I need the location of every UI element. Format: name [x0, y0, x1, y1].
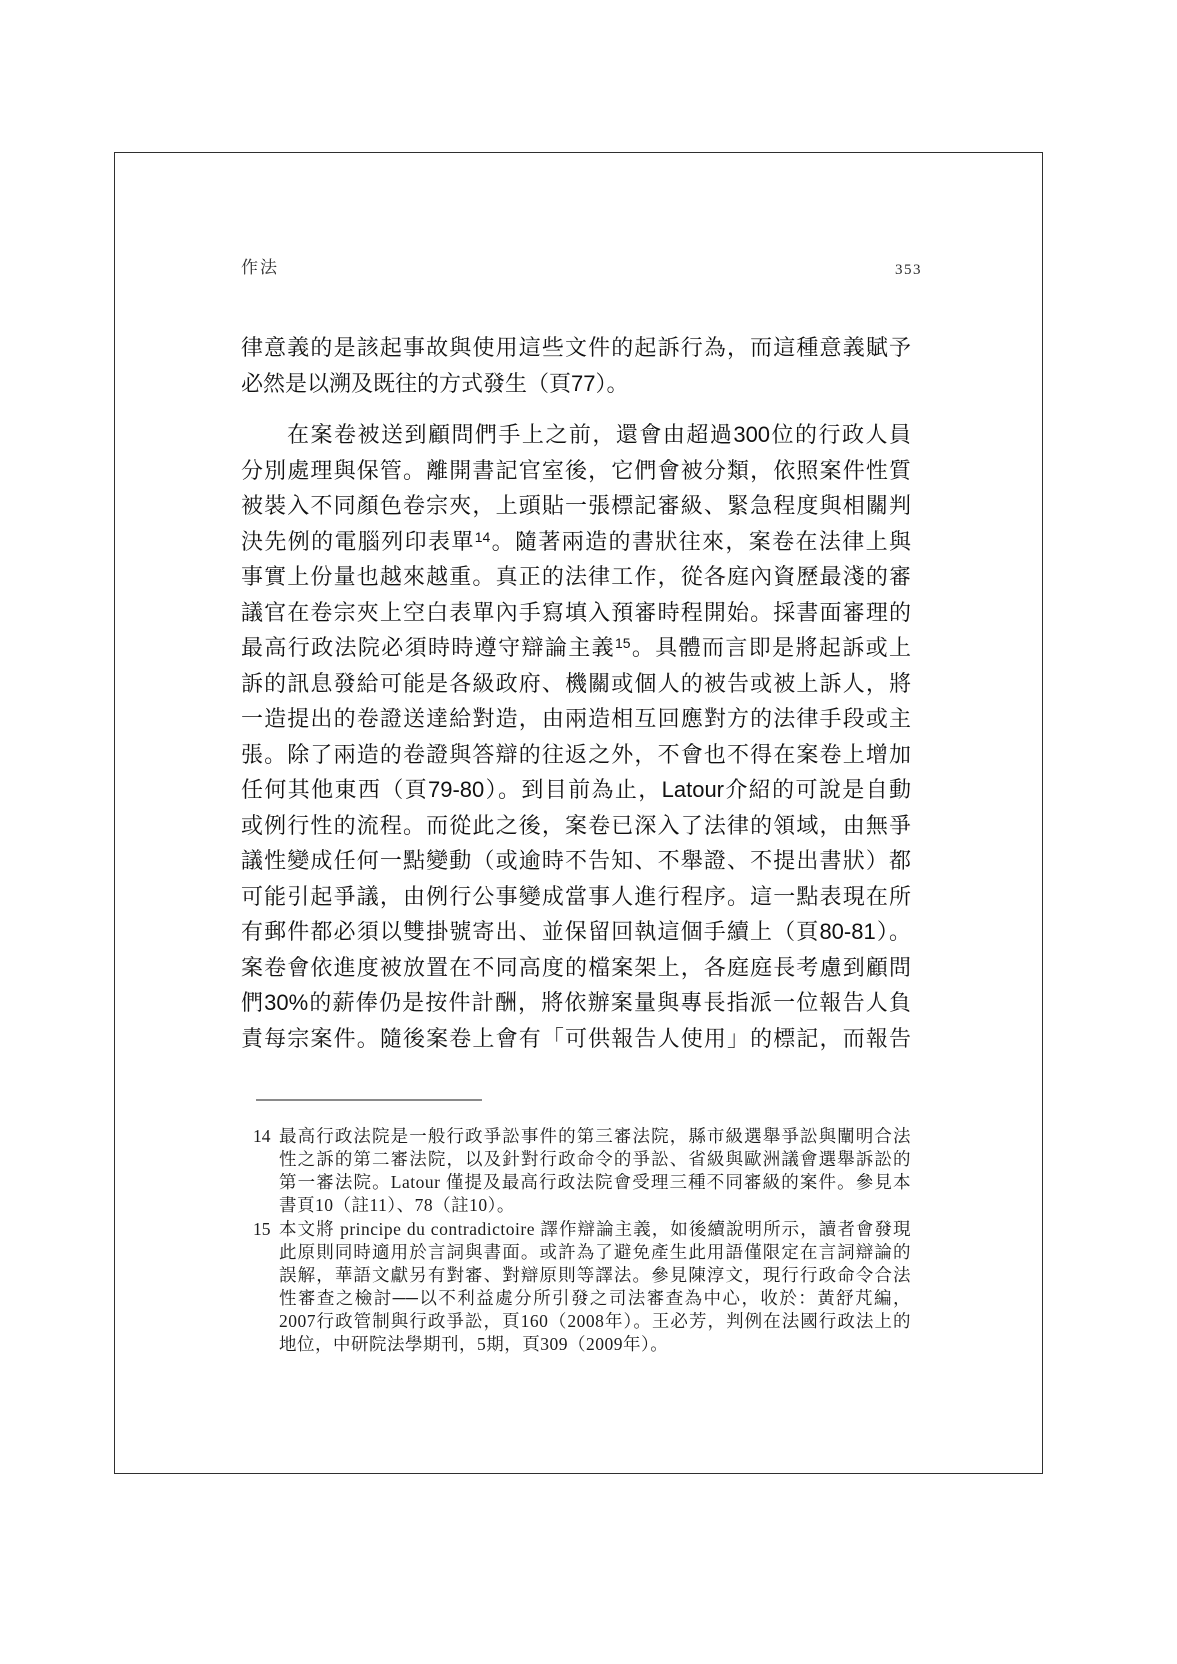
text-line: 或例行性的流程。而從此之後，案卷已深入了法律的領域，由無爭 [241, 808, 911, 844]
footnote-text: 本文將 principe du contradictoire 譯作辯論主義，如後… [279, 1218, 911, 1356]
text-line: 們30%的薪俸仍是按件計酬，將依辦案量與專長指派一位報告人負 [241, 985, 911, 1021]
text-line: 書頁10（註11）、78（註10）。 [279, 1194, 911, 1217]
text-line: 最高行政法院必須時時遵守辯論主義15。具體而言即是將起訴或上 [241, 630, 911, 666]
text-line: 此原則同時適用於言詞與書面。或許為了避免產生此用語僅限定在言詞辯論的 [279, 1241, 911, 1264]
text-line: 被裝入不同顏色卷宗夾，上頭貼一張標記審級、緊急程度與相關判 [241, 488, 911, 524]
text-line: 案卷會依進度被放置在不同高度的檔案架上，各庭庭長考慮到顧問 [241, 950, 911, 986]
footnote-15: 15 本文將 principe du contradictoire 譯作辯論主義… [241, 1218, 911, 1356]
paragraph-1: 律意義的是該起事故與使用這些文件的起訴行為，而這種意義賦予 必然是以溯及既往的方… [241, 330, 911, 401]
text-segment: 。隨著兩造的書狀往來，案卷在法律上與 [490, 529, 911, 554]
text-line: 訴的訊息發給可能是各級政府、機關或個人的被告或被上訴人，將 [241, 666, 911, 702]
footnote-text: 最高行政法院是一般行政爭訟事件的第三審法院，縣市級選舉爭訟與闡明合法 性之訴的第… [279, 1125, 911, 1217]
text-line: 議官在卷宗夾上空白表單內手寫填入預審時程開始。採書面審理的 [241, 595, 911, 631]
paragraph-2: 在案卷被送到顧問們手上之前，還會由超過300位的行政人員 分別處理與保管。離開書… [241, 417, 911, 1056]
text-line: 本文將 principe du contradictoire 譯作辯論主義，如後… [279, 1218, 911, 1241]
footnote-ref-14: 14 [475, 529, 491, 545]
text-line: 責每宗案件。隨後案卷上會有「可供報告人使用」的標記，而報告 [241, 1021, 911, 1057]
page-border: 作法 353 律意義的是該起事故與使用這些文件的起訴行為，而這種意義賦予 必然是… [114, 152, 1043, 1474]
text-line: 性審查之檢討──以不利益處分所引發之司法審查為中心，收於：黃舒芃編， [279, 1287, 911, 1310]
text-line: 張。除了兩造的卷證與答辯的往返之外，不會也不得在案卷上增加 [241, 737, 911, 773]
text-line: 地位，中研院法學期刊，5期，頁309（2009年）。 [279, 1333, 911, 1356]
text-line: 在案卷被送到顧問們手上之前，還會由超過300位的行政人員 [241, 417, 911, 453]
text-line: 分別處理與保管。離開書記官室後，它們會被分類，依照案件性質 [241, 453, 911, 489]
text-line: 有郵件都必須以雙掛號寄出、並保留回執這個手續上（頁80-81）。 [241, 914, 911, 950]
text-line: 性之訴的第二審法院，以及針對行政命令的爭訟、省級與歐洲議會選舉訴訟的 [279, 1148, 911, 1171]
text-line: 第一審法院。Latour 僅提及最高行政法院會受理三種不同審級的案件。參見本 [279, 1171, 911, 1194]
footnote-ref-15: 15 [615, 635, 631, 651]
text-line: 必然是以溯及既往的方式發生（頁77）。 [241, 366, 911, 402]
footnote-14: 14 最高行政法院是一般行政爭訟事件的第三審法院，縣市級選舉爭訟與闡明合法 性之… [241, 1125, 911, 1217]
text-segment: 決先例的電腦列印表單 [241, 529, 475, 554]
text-line: 一造提出的卷證送達給對造，由兩造相互回應對方的法律手段或主 [241, 701, 911, 737]
text-line: 決先例的電腦列印表單14。隨著兩造的書狀往來，案卷在法律上與 [241, 524, 911, 560]
text-line: 律意義的是該起事故與使用這些文件的起訴行為，而這種意義賦予 [241, 330, 911, 366]
text-line: 任何其他東西（頁79-80）。到目前為止，Latour介紹的可說是自動 [241, 772, 911, 808]
text-line: 議性變成任何一點變動（或逾時不告知、不舉證、不提出書狀）都 [241, 843, 911, 879]
footnotes-section: 14 最高行政法院是一般行政爭訟事件的第三審法院，縣市級選舉爭訟與闡明合法 性之… [241, 1125, 911, 1356]
text-segment: 最高行政法院必須時時遵守辯論主義 [241, 635, 615, 660]
text-line: 可能引起爭議，由例行公事變成當事人進行程序。這一點表現在所 [241, 879, 911, 915]
text-segment: 。具體而言即是將起訴或上 [631, 635, 911, 660]
footnote-separator [256, 1099, 482, 1101]
footnote-number: 15 [253, 1218, 279, 1356]
footnote-number: 14 [253, 1125, 279, 1217]
text-line: 最高行政法院是一般行政爭訟事件的第三審法院，縣市級選舉爭訟與闡明合法 [279, 1125, 911, 1148]
text-line: 事實上份量也越來越重。真正的法律工作，從各庭內資歷最淺的審 [241, 559, 911, 595]
text-line: 誤解，華語文獻另有對審、對辯原則等譯法。參見陳淳文，現行行政命令合法 [279, 1264, 911, 1287]
main-text: 律意義的是該起事故與使用這些文件的起訴行為，而這種意義賦予 必然是以溯及既往的方… [241, 153, 911, 1357]
text-line: 2007行政管制與行政爭訟，頁160（2008年）。王必芳，判例在法國行政法上的 [279, 1310, 911, 1333]
